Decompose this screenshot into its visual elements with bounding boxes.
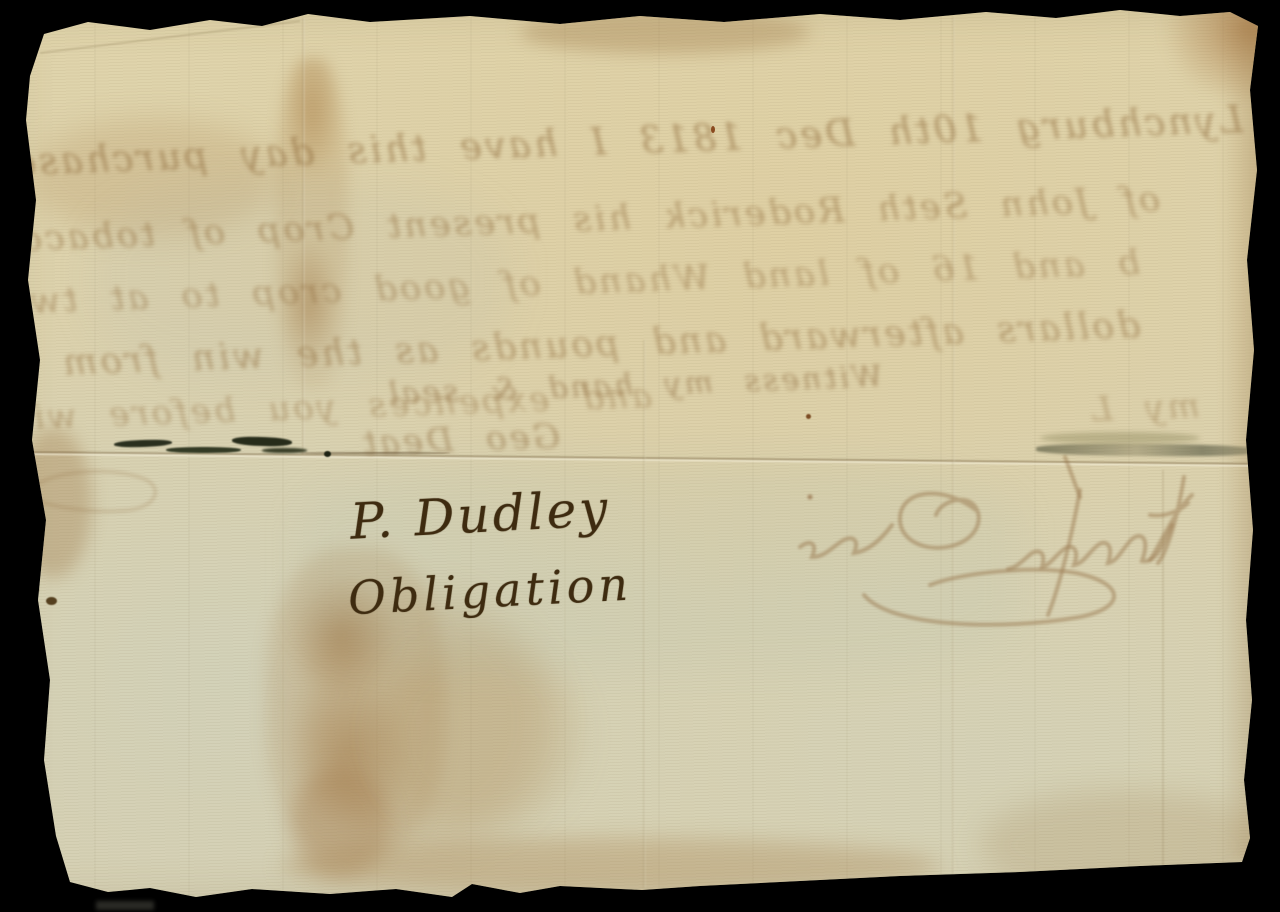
ink-speck [711,126,715,133]
bleedthrough-right-fragment: my L [1086,386,1200,430]
scanner-artifact-strip [96,901,154,910]
bleedthrough-left-loop [18,452,168,522]
paper-sheet: Lynchburg 10th Dec 1813 I have this day … [0,0,1280,912]
ink-smear-left-2 [166,447,241,453]
ink-speck [46,597,57,605]
ink-smear-right-tinge [1040,432,1200,444]
ink-speck [30,585,39,595]
scanned-document-photo: Lynchburg 10th Dec 1813 I have this day … [0,0,1280,912]
ink-speck [324,451,331,457]
bleedthrough-signature-flourish [780,455,1220,640]
bleedthrough-short-fragment: Geo Deat [359,417,560,464]
ink-smear-left-trail [300,452,450,454]
ink-speck [806,414,811,419]
